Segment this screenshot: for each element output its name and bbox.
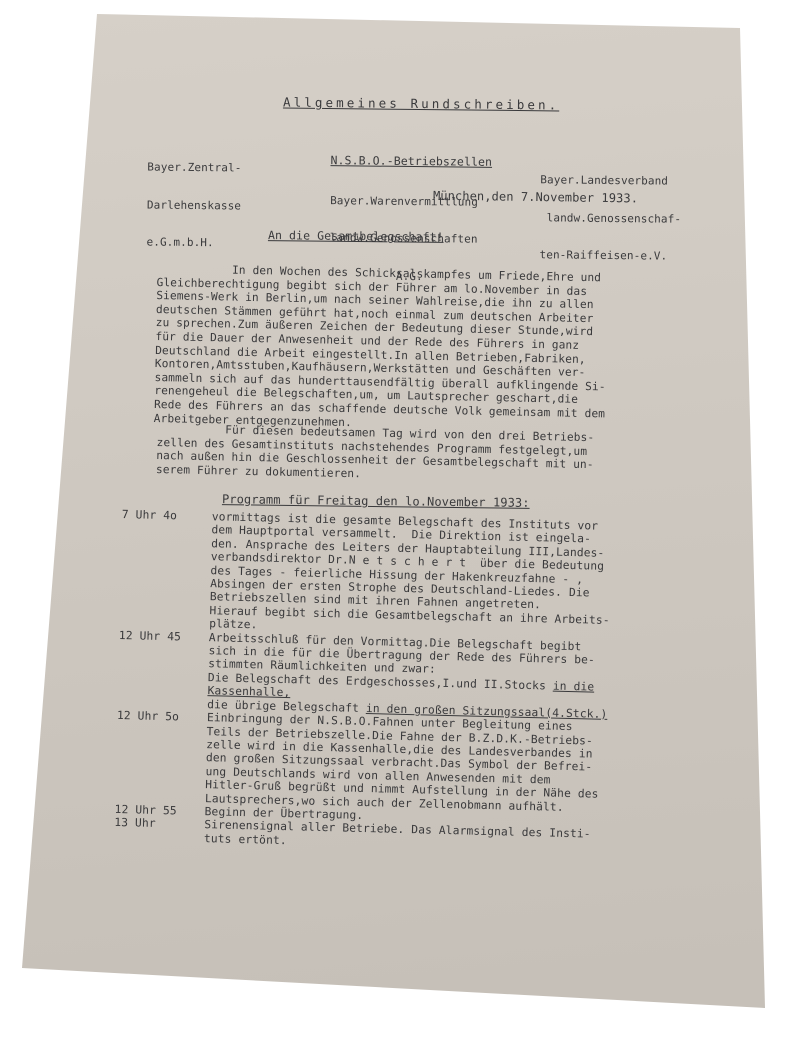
schedule: 7 Uhr 4ovormittags ist die gesamte Beleg…	[114, 508, 612, 855]
sender-right-line: Bayer.Landesverband	[540, 174, 681, 188]
schedule-text: plätze.	[209, 617, 258, 632]
sender-left: Bayer.Zentral- Darlehenskasse e.G.m.b.H.	[146, 137, 241, 263]
circular-title: Allgemeines Rundschreiben.	[283, 95, 559, 113]
sender-right-line: landw.Genossenschaf-	[540, 212, 681, 226]
sender-center-heading: N.S.B.O.-Betriebszellen	[330, 154, 492, 168]
salutation: An die Gesamtbelegschaft!	[268, 228, 444, 244]
schedule-text: tuts ertönt.	[204, 832, 287, 847]
sender-right-line: ten-Raiffeisen-e.V.	[539, 249, 680, 263]
paragraph-1: In den Wochen des Schicksalskampfes um F…	[154, 262, 608, 435]
sender-right: Bayer.Landesverband landw.Genossenschaf-…	[539, 149, 681, 275]
sender-left-line: e.G.m.b.H.	[146, 237, 240, 250]
schedule-time	[114, 830, 204, 846]
date-line: München,den 7.November 1933.	[433, 189, 638, 206]
sender-left-line: Darlehenskasse	[147, 199, 241, 212]
sender-left-line: Bayer.Zentral-	[147, 162, 241, 175]
paragraph-2: Für diesen bedeutsamen Tag wird von den …	[156, 422, 595, 486]
